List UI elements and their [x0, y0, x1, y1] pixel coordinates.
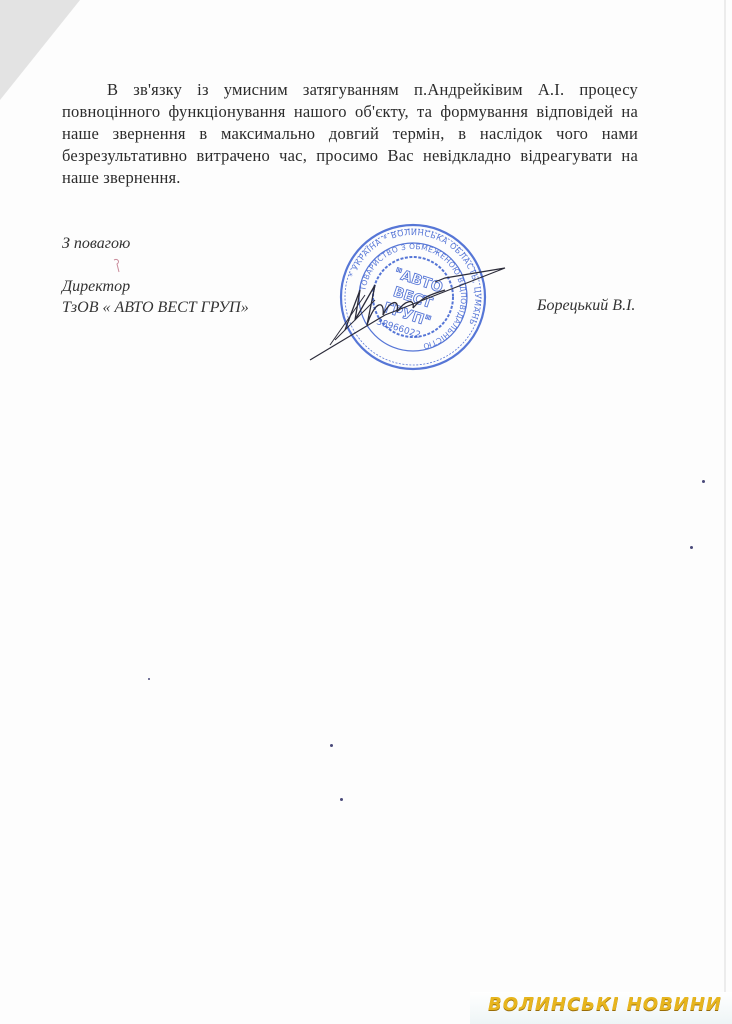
scan-edge-line — [724, 0, 726, 1000]
scan-speck — [330, 744, 333, 747]
watermark-text: ВОЛИНСЬКІ НОВИНИ — [488, 994, 722, 1015]
paragraph-text: В зв'язку із умисним затягуванням п.Андр… — [62, 80, 638, 187]
position-title: Директор — [62, 276, 249, 297]
signatory-name: Борецький В.І. — [537, 297, 635, 315]
scan-speck — [690, 546, 693, 549]
news-watermark: ВОЛИНСЬКІ НОВИНИ — [470, 992, 732, 1024]
handwritten-tick-mark — [112, 258, 122, 274]
closing-phrase: З повагою — [62, 235, 130, 253]
scan-speck — [340, 798, 343, 801]
signer-block: Директор ТзОВ « АВТО ВЕСТ ГРУП» — [62, 276, 249, 318]
scan-speck — [702, 480, 705, 483]
scan-speck — [148, 678, 150, 680]
letter-body-paragraph: В зв'язку із умисним затягуванням п.Андр… — [62, 79, 638, 189]
company-name: ТзОВ « АВТО ВЕСТ ГРУП» — [62, 297, 249, 318]
scanned-letter-page: В зв'язку із умисним затягуванням п.Андр… — [0, 0, 732, 1024]
handwritten-signature — [305, 260, 515, 365]
